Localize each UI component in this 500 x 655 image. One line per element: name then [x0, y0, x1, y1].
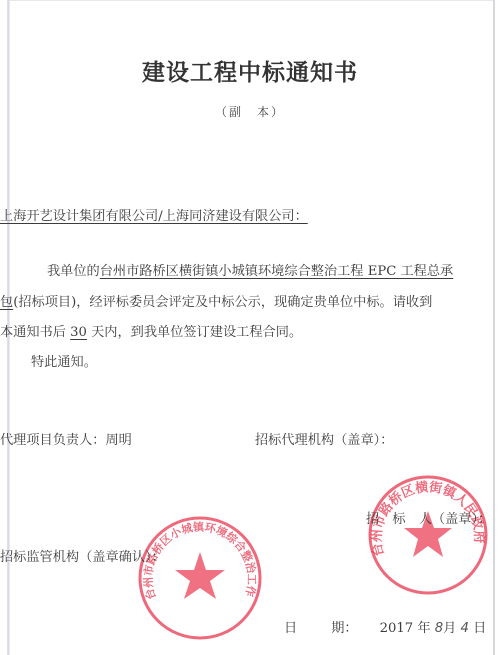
date-day-unit: 日 — [473, 621, 486, 636]
agent-leader-label: 代理项目负责人： — [0, 433, 106, 448]
tenderer-red-stamp: 台州市路桥区横街镇人民政府 — [366, 473, 490, 597]
body-line-3-suffix: 天内，到我单位签订建设工程合同。 — [87, 325, 302, 340]
closing-text: 特此通知。 — [31, 351, 97, 370]
agency-seal-label: 招标代理机构（盖章）： — [255, 429, 393, 448]
agent-leader-name: 周明 — [106, 433, 132, 448]
date-day: 4 — [461, 621, 469, 636]
document-title: 建设工程中标通知书 — [0, 54, 500, 87]
body-line-3: 本通知书后 30 天内，到我单位签订建设工程合同。 — [0, 321, 302, 340]
date-year-unit: 年 — [417, 621, 430, 636]
project-name: 台州市路桥区横街镇小城镇环境综合整治工程 EPC 工程总承 — [100, 264, 453, 279]
contract-days: 30 — [70, 325, 87, 340]
page-edge-top — [9, 0, 494, 1]
supervisor-seal-label: 招标监管机构（盖章确认）： — [0, 546, 165, 565]
body-line-1: 我单位的台州市路桥区横街镇小城镇环境综合整治工程 EPC 工程总承 — [47, 260, 453, 279]
supervisor-red-stamp: 台州市路桥区小城镇环境综合整治工作委员会 — [136, 514, 264, 642]
date-label-1: 日 — [284, 621, 297, 636]
date-year: 2017 — [380, 621, 414, 636]
body-line-3-prefix: 本通知书后 — [0, 325, 70, 340]
body-line-2: 包(招标项目)，经评标委员会评定及中标公示，现确定贵单位中标。请收到 — [0, 291, 432, 310]
star-icon — [175, 552, 225, 599]
page-edge-right — [493, 0, 495, 655]
date-label-2: 期： — [331, 621, 357, 636]
date-month-unit: 月 — [443, 621, 456, 636]
date-line: 日期：2017 年 8月 4 日 — [284, 617, 486, 636]
document-subtitle: （副 本） — [0, 103, 500, 120]
agent-project-leader: 代理项目负责人：周明 — [0, 429, 132, 448]
date-month: 8 — [435, 621, 443, 636]
tenderer-seal-label: 招 标 人（盖章）： — [366, 508, 491, 527]
project-name-continued: 包 — [0, 295, 13, 310]
body-line-2-text: (招标项目)，经评标委员会评定及中标公示，现确定贵单位中标。请收到 — [13, 295, 432, 310]
recipient: 上海开艺设计集团有限公司/上海同济建设有限公司： — [0, 205, 308, 224]
body-line-1-prefix: 我单位的 — [47, 264, 100, 279]
